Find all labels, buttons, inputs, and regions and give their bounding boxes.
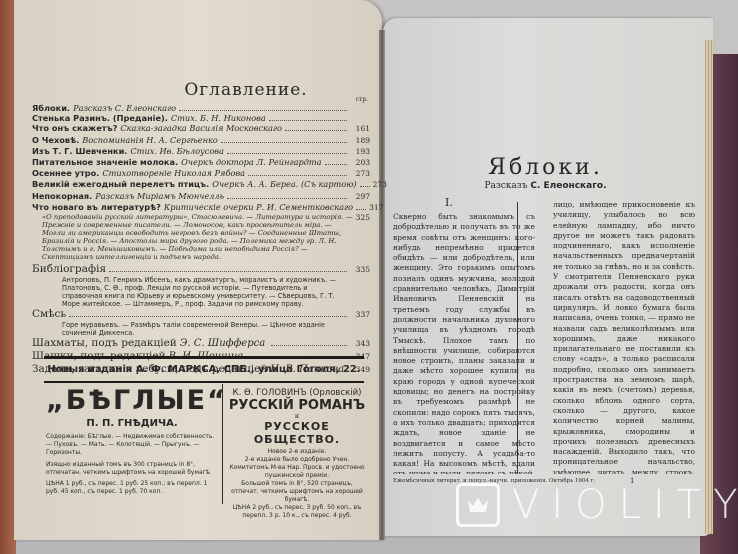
ad-book-edition: Новое 2-е изданіе. [228, 448, 366, 456]
watermark-text: VIOLITY [512, 482, 738, 528]
toc-literature-subtopics: «О преподаваніи русской литературы», Ста… [32, 213, 356, 261]
ad-rule-top [44, 356, 364, 359]
toc-entry: Великій ежегодный перелетъ птицъ.Очеркъ … [32, 179, 370, 190]
ad-book-note: 2-е изданіе было одобрено Учен. Комитето… [228, 456, 366, 480]
ad-book-author: К. Ө. ГОЛОВИНЪ (Орловскій) [228, 388, 366, 398]
toc-bibliography-items: Антроповъ, П. Генрихъ Ибсенъ, какъ драма… [32, 276, 346, 308]
toc-entry: О Чеховѣ.Воспоминанія Н. А. Сергѣенко189 [32, 135, 370, 146]
toc-page: 325 [356, 213, 370, 261]
toc-entry: Стенька Разинъ. (Преданіе).Стих. Б. Н. Н… [32, 113, 370, 123]
ad-russkiy-roman: К. Ө. ГОЛОВИНЪ (Орловскій) РУССКІЙ РОМАН… [228, 388, 366, 520]
chapter-number: I. [445, 196, 453, 209]
ad-rule-bottom [44, 381, 364, 383]
ad-book-desc: Изящно изданный томъ въ 300 страницъ in … [46, 461, 218, 477]
book-gutter [379, 30, 385, 540]
article-title: Яблоки. [383, 155, 708, 180]
ad-header: Новыя изданія А. Ф. МАРКСА, СПБ., улица … [44, 364, 364, 375]
toc-entry: Что онъ скажетъ?Сказка-загадка Василія М… [32, 123, 370, 134]
toc-entry: Яблоки.Разсказъ С. Елеонскаго [32, 103, 370, 113]
toc-entry: Что новаго въ литературѣ?Критическіе оче… [32, 202, 370, 213]
toc-entry: Осеннее утро.Стихотвореніе Николая Рябов… [32, 168, 370, 179]
ad-book-price: ЦѢНА 1 руб., съ перес. 1 руб. 25 коп.; в… [46, 480, 218, 496]
toc-misc: Смѣсь337 [32, 308, 370, 321]
article-column-left: Скверно быть знакомымъ съ добродѣтелью и… [393, 212, 535, 474]
toc-entry: Изъ Т. Г. Шевченки.Стих. Ив. Бѣлоусова19… [32, 146, 370, 157]
article-column-right: лицо, имѣющее прикосновеніе къ училищу, … [553, 200, 695, 474]
table-of-contents: Оглавление. стр. Яблоки.Разсказъ С. Елео… [32, 80, 370, 376]
watermark: VIOLITY [456, 482, 738, 528]
ad-book-author: П. П. ГНѢДИЧА. [46, 418, 218, 429]
ad-book-subtitle: РУССКОЕ ОБЩЕСТВО. [228, 420, 366, 446]
toc-entry: Непокорная.Разсказъ Миріамъ Мюнчелль297 [32, 191, 370, 202]
ad-beglye: „БѢГЛЫЕ“ П. П. ГНѢДИЧА. Содержаніе: Бѣгл… [46, 386, 218, 496]
toc-entry: Питательное значеніе молока.Очеркъ докто… [32, 157, 370, 168]
toc-bibliography: Библіографія335 [32, 263, 370, 276]
crown-icon [456, 483, 500, 527]
ad-book-title: РУССКІЙ РОМАНЪ [228, 398, 366, 413]
toc-chess: Шахматы, подъ редакціейЭ. С. Шифферса343 [32, 337, 370, 350]
ad-book-price: ЦѢНА 2 руб., съ перес. 3 руб. 50 коп., в… [228, 504, 366, 520]
toc-misc-items: Горе муравьевъ. — Размѣръ таліи современ… [32, 321, 346, 337]
ad-book-title: „БѢГЛЫЕ“ [46, 386, 218, 416]
ad-book-contents: Содержаніе: Бѣглые. — Недвижимая собстве… [46, 433, 218, 457]
page-edges [705, 40, 713, 534]
ad-book-desc: Большой томъ in 8°, 520 страницъ, отпеча… [228, 480, 366, 504]
article-byline: Разсказъ С. Елеонскаго. [383, 181, 708, 191]
